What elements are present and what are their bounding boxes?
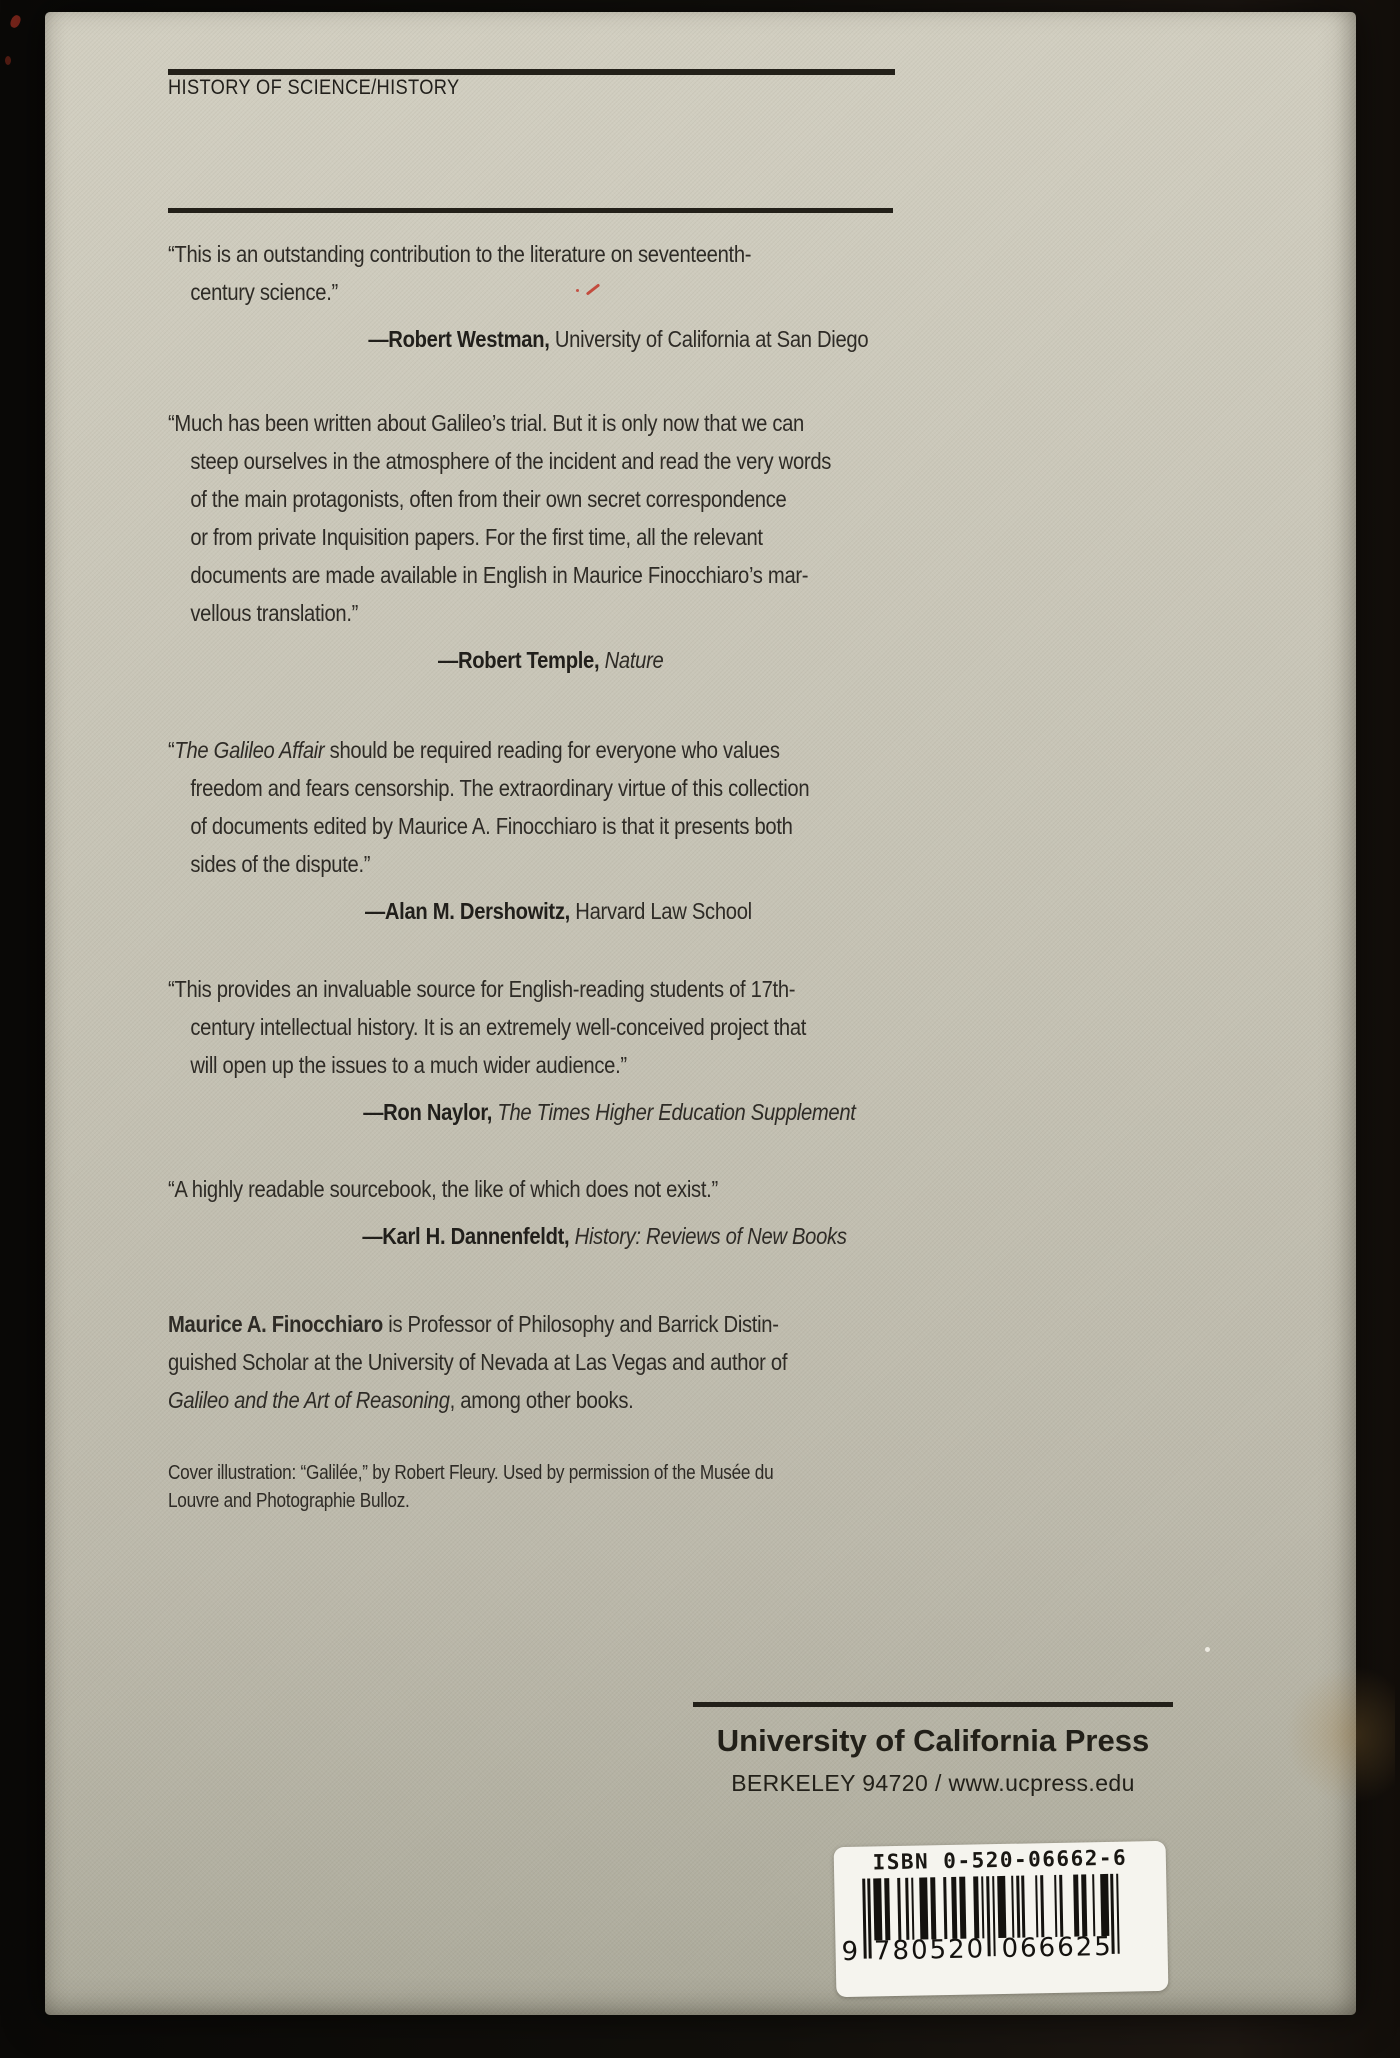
barcode-digits-group2: 066625 — [1001, 1932, 1112, 1964]
quote-attribution: —Ron Naylor, The Times Higher Education … — [363, 1093, 942, 1131]
stain-mark — [1285, 1665, 1395, 1805]
cover-credit-text: Cover illustration: “Galilée,” by Robert… — [168, 1459, 942, 1515]
publisher-rule — [693, 1702, 1173, 1707]
author-bio: Maurice A. Finocchiaro is Professor of P… — [168, 1305, 942, 1419]
review-quote-dershowitz: “The Galileo Affair should be required r… — [168, 731, 942, 930]
author-bio-text: Maurice A. Finocchiaro is Professor of P… — [168, 1305, 942, 1419]
barcode-digits-group1: 780520 — [873, 1934, 986, 1966]
quote-attribution: —Robert Westman, University of Californi… — [368, 320, 942, 358]
red-smudge-mark — [9, 14, 22, 29]
quote-attribution: —Alan M. Dershowitz, Harvard Law School — [365, 892, 942, 930]
quote-attribution: —Karl H. Dannenfeldt, History: Reviews o… — [362, 1217, 942, 1255]
quote-text: “Much has been written about Galileo’s t… — [168, 404, 942, 632]
red-smudge-mark-small — [5, 56, 11, 65]
quote-text: “This provides an invaluable source for … — [168, 970, 942, 1084]
publisher-name: University of California Press — [693, 1723, 1173, 1759]
cover-illustration-credit: Cover illustration: “Galilée,” by Robert… — [168, 1459, 942, 1515]
isbn-label: ISBN 0-520-06662-6 — [834, 1845, 1166, 1875]
quote-text: “The Galileo Affair should be required r… — [168, 731, 942, 883]
category-label: HISTORY OF SCIENCE/HISTORY — [168, 75, 459, 100]
paper-speck — [1205, 1647, 1210, 1652]
barcode-digit-left: 9 — [841, 1937, 862, 1967]
publisher-address: BERKELEY 94720 / www.ucpress.edu — [693, 1770, 1173, 1797]
book-back-cover: HISTORY OF SCIENCE/HISTORY “This is an o… — [45, 12, 1356, 2015]
quote-attribution: —Robert Temple, Nature — [438, 641, 942, 679]
quote-text: “A highly readable sourcebook, the like … — [168, 1170, 942, 1208]
review-quote-westman: “This is an outstanding contribution to … — [168, 235, 942, 358]
review-quote-dannenfeldt: “A highly readable sourcebook, the like … — [168, 1170, 942, 1255]
publisher-block: University of California Press BERKELEY … — [693, 1702, 1173, 1797]
review-quote-naylor: “This provides an invaluable source for … — [168, 970, 942, 1131]
review-quote-temple: “Much has been written about Galileo’s t… — [168, 404, 942, 679]
barcode-sticker: ISBN 0-520-06662-6 9 780520 066625 — [834, 1841, 1169, 1997]
section-rule — [168, 208, 893, 213]
quote-text: “This is an outstanding contribution to … — [168, 235, 942, 311]
photo-background: HISTORY OF SCIENCE/HISTORY “This is an o… — [0, 0, 1400, 2058]
